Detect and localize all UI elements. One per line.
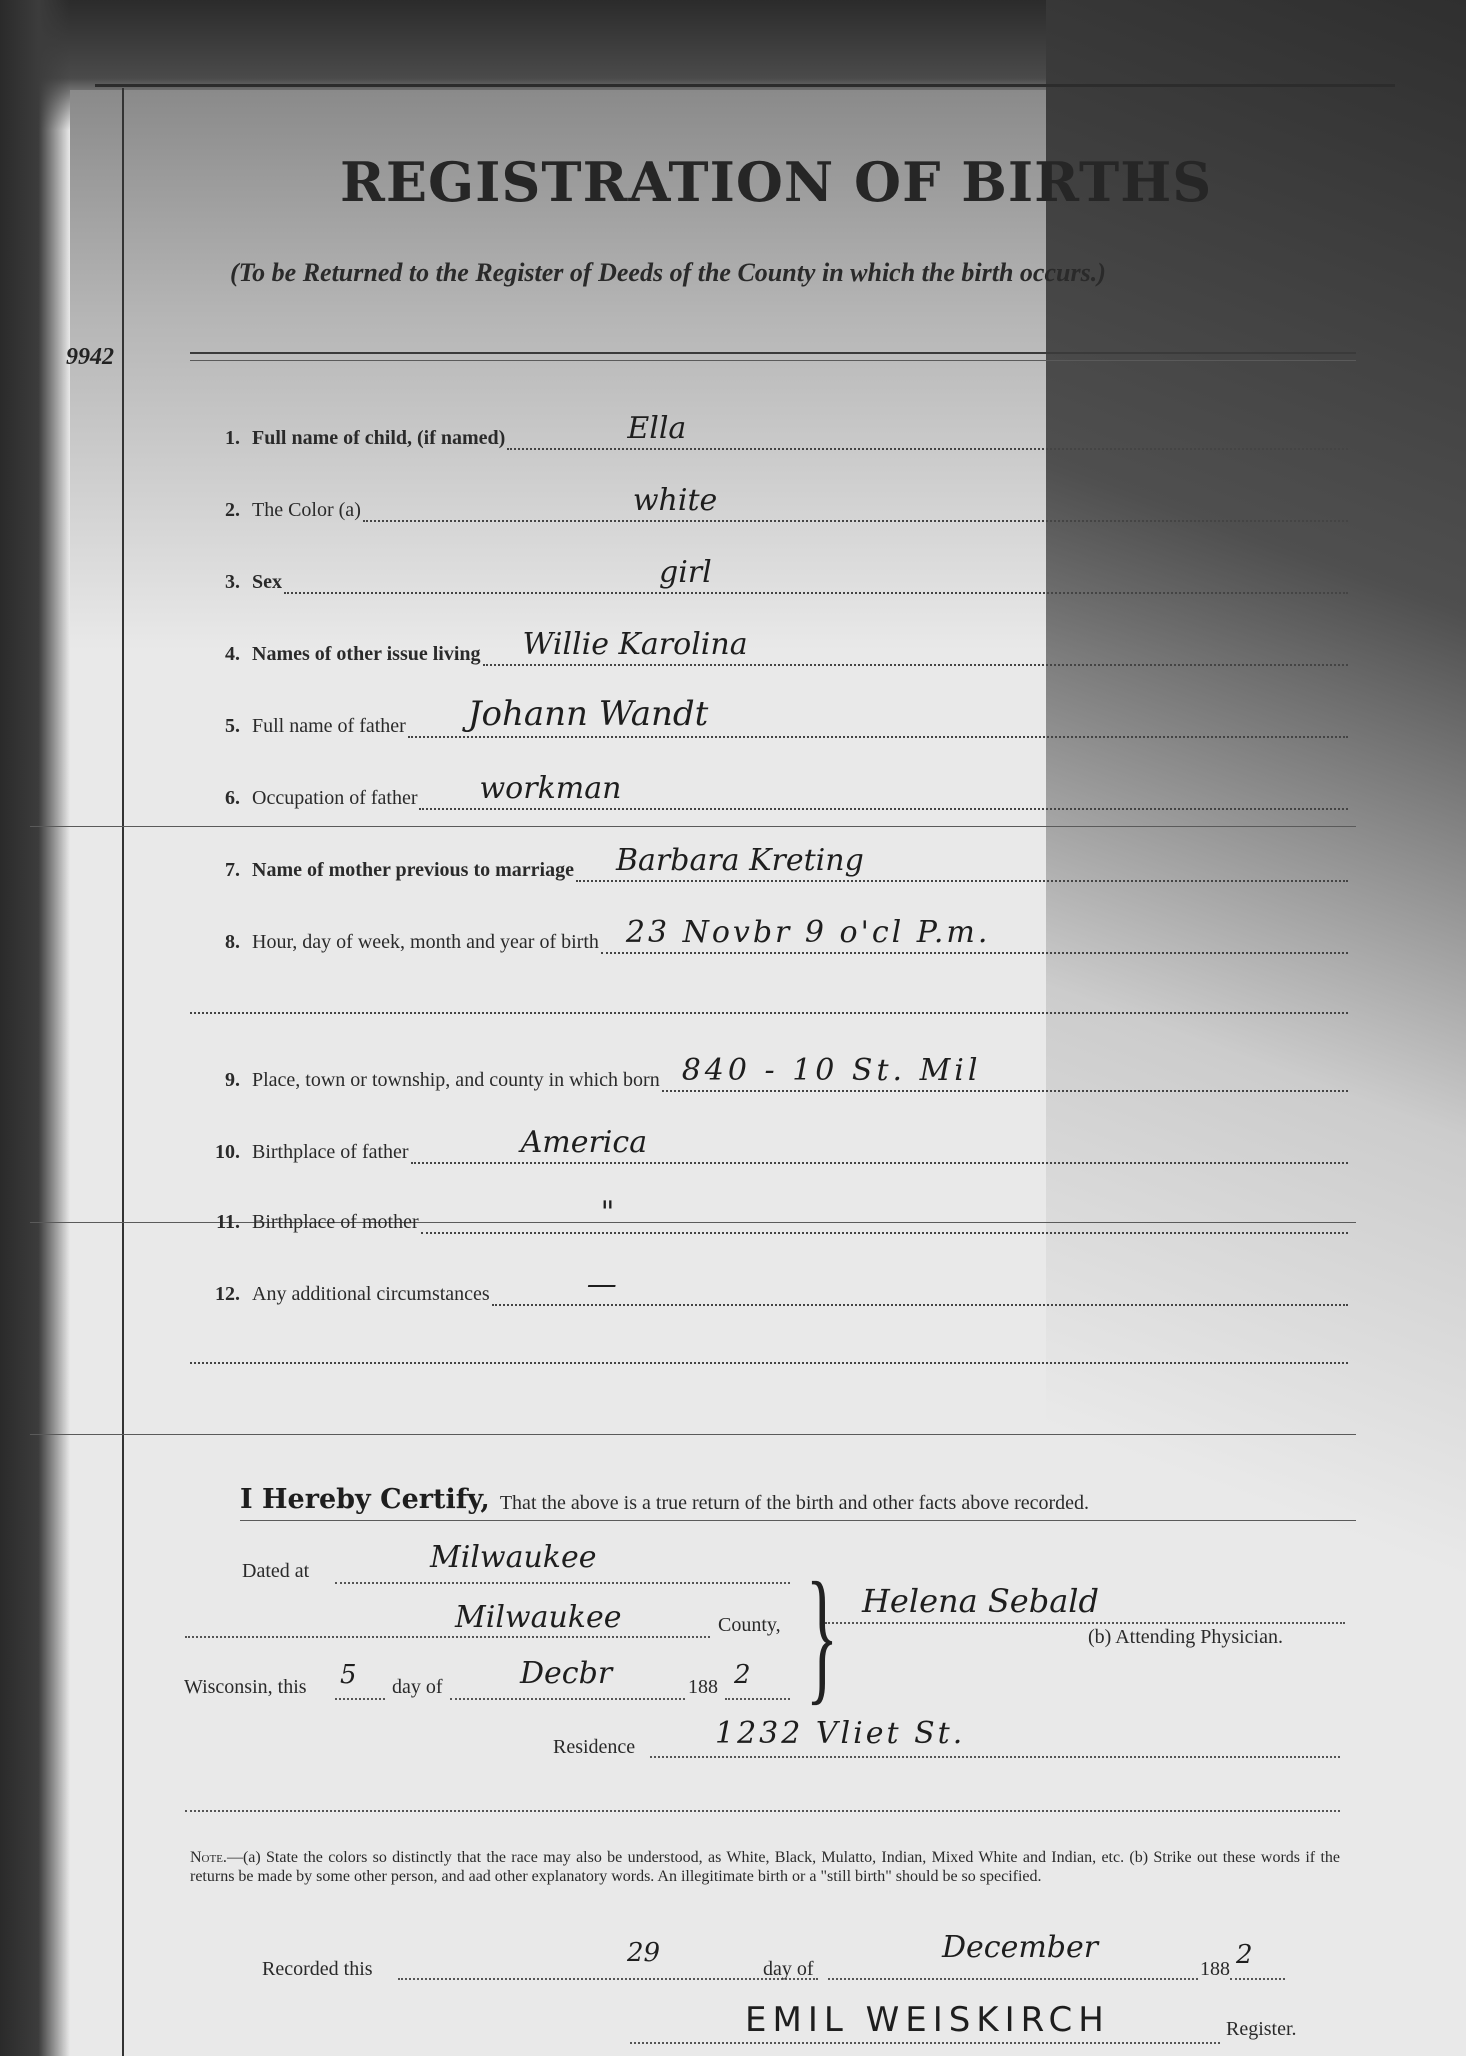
certify-text: That the above is a true return of the b… [500, 1492, 1089, 1515]
field-label: Full name of father [252, 715, 406, 738]
recorded-label: Recorded this [262, 1958, 373, 1981]
field-line: America [411, 1132, 1348, 1164]
field-child-name: 1. Full name of child, (if named) Ella [190, 410, 1348, 450]
field-mother-birthplace: 11. Birthplace of mother " [190, 1194, 1348, 1234]
register-name: EMIL WEISKIRCH [745, 2000, 1110, 2054]
certify-brace: } [806, 1560, 838, 1710]
header-divider-2 [190, 360, 1356, 361]
residence-label: Residence [553, 1736, 635, 1759]
field-label: Any additional circumstances [252, 1283, 490, 1306]
note-lead: Note. [190, 1849, 227, 1866]
field-birth-time: 8. Hour, day of week, month and year of … [190, 914, 1348, 954]
field-value: 840 - 10 St. Mil [682, 1053, 982, 1088]
field-father-occupation: 6. Occupation of father workman [190, 770, 1348, 810]
document-title: REGISTRATION OF BIRTHS [340, 150, 1212, 214]
day-of-label: day of [392, 1676, 443, 1699]
field-value: " [601, 1195, 615, 1230]
field-value: — [587, 1267, 617, 1302]
wisconsin-label: Wisconsin, this [184, 1676, 307, 1699]
field-value: Johann Wandt [468, 694, 708, 734]
field-value: girl [659, 555, 712, 590]
certify-heading: I Hereby Certify, [240, 1484, 490, 1515]
field-label: The Color (a) [252, 499, 361, 522]
certification-statement: I Hereby Certify, That the above is a tr… [240, 1484, 1089, 1515]
header-divider [190, 352, 1356, 354]
field-number: 12. [190, 1283, 252, 1306]
scan-shadow-left [0, 0, 70, 2056]
day-line [335, 1698, 385, 1700]
field-label: Place, town or township, and county in w… [252, 1069, 660, 1092]
field-label: Birthplace of father [252, 1141, 409, 1164]
field-number: 9. [190, 1069, 252, 1092]
field-number: 4. [190, 643, 252, 666]
field-number: 11. [190, 1211, 252, 1234]
field-label: Full name of child, (if named) [252, 427, 505, 450]
county-label: County, [718, 1614, 781, 1637]
recorded-day-of-label: day of [763, 1958, 814, 1981]
county-line [185, 1636, 710, 1638]
year-prefix: 188 [688, 1676, 718, 1699]
note-text: —(a) State the colors so distinctly that… [190, 1849, 1340, 1885]
field-number: 5. [190, 715, 252, 738]
field-value: America [521, 1125, 648, 1160]
field-additional-continuation [190, 1362, 1348, 1364]
document-subtitle: (To be Returned to the Register of Deeds… [230, 258, 1106, 288]
field-value: Willie Karolina [523, 627, 748, 662]
field-value: white [633, 483, 717, 518]
field-number: 8. [190, 931, 252, 954]
register-label: Register. [1226, 2018, 1297, 2041]
field-line: " [421, 1202, 1348, 1234]
field-line: white [363, 490, 1348, 522]
field-label: Name of mother previous to marriage [252, 859, 574, 882]
field-sex: 3. Sex girl [190, 554, 1348, 594]
field-number: 3. [190, 571, 252, 594]
field-birth-time-continuation [190, 1012, 1348, 1014]
recorded-year-prefix: 188 [1200, 1958, 1230, 1981]
field-line: girl [284, 562, 1348, 594]
field-label: Hour, day of week, month and year of bir… [252, 931, 599, 954]
field-number: 7. [190, 859, 252, 882]
field-additional-circumstances: 12. Any additional circumstances — [190, 1266, 1348, 1306]
section-divider [30, 1434, 1356, 1435]
field-label: Occupation of father [252, 787, 417, 810]
field-birth-place: 9. Place, town or township, and county i… [190, 1052, 1348, 1092]
field-value: 23 Novbr 9 o'cl P.m. [626, 915, 991, 950]
field-value: Barbara Kreting [616, 843, 864, 878]
field-label: Names of other issue living [252, 643, 481, 666]
year-line [725, 1698, 790, 1700]
form-border-left [122, 88, 124, 2056]
fold-line [30, 826, 1356, 827]
field-number: 1. [190, 427, 252, 450]
field-line: Ella [507, 418, 1348, 450]
field-line: Willie Karolina [483, 634, 1348, 666]
field-number: 10. [190, 1141, 252, 1164]
form-number: 9942 [66, 344, 114, 371]
certify-underline [240, 1520, 1356, 1521]
field-line: Barbara Kreting [576, 850, 1348, 882]
field-label: Sex [252, 571, 282, 594]
field-value: workman [479, 771, 621, 806]
field-father-birthplace: 10. Birthplace of father America [190, 1124, 1348, 1164]
form-border-top [95, 84, 1395, 87]
field-line: workman [419, 778, 1348, 810]
residence-continuation [185, 1810, 1340, 1812]
recorded-day-line [398, 1978, 818, 1980]
field-number: 2. [190, 499, 252, 522]
footnote: Note.—(a) State the colors so distinctly… [190, 1848, 1340, 1886]
recorded-day-value: 29 [627, 1938, 660, 2054]
field-line: 23 Novbr 9 o'cl P.m. [601, 922, 1348, 954]
recorded-year-line [1230, 1978, 1285, 1980]
field-value: Ella [627, 411, 686, 446]
physician-label: (b) Attending Physician. [1088, 1626, 1283, 1649]
field-number: 6. [190, 787, 252, 810]
field-line: 840 - 10 St. Mil [662, 1060, 1348, 1092]
field-line: Johann Wandt [408, 706, 1348, 738]
field-father-name: 5. Full name of father Johann Wandt [190, 698, 1348, 738]
field-color: 2. The Color (a) white [190, 482, 1348, 522]
field-line: — [492, 1274, 1348, 1306]
dated-at-label: Dated at [242, 1560, 309, 1583]
field-label: Birthplace of mother [252, 1211, 419, 1234]
field-mother-maiden-name: 7. Name of mother previous to marriage B… [190, 842, 1348, 882]
field-other-issue: 4. Names of other issue living Willie Ka… [190, 626, 1348, 666]
